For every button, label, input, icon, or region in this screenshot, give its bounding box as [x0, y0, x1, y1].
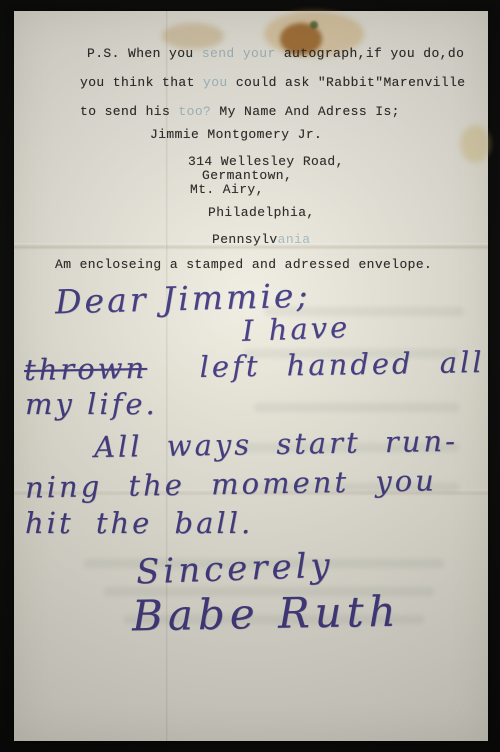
typed-text: you think that: [80, 75, 203, 90]
handwritten-line: my life.: [25, 387, 158, 421]
letter-photograph: P.S. When you send your autograph,if you…: [0, 0, 500, 752]
typed-text: P.S. When you: [87, 46, 202, 61]
typed-line-name: Jimmie Montgomery Jr.: [150, 128, 322, 142]
babe-ruth-signature: Babe Ruth: [132, 587, 401, 641]
typed-text-faded: you: [203, 75, 228, 90]
handwritten-line: thrown left handed all: [24, 345, 485, 387]
typed-text: Pennsylv: [212, 232, 278, 247]
handwritten-line: All ways start run-: [94, 424, 458, 464]
typed-text-faded: ania: [278, 232, 311, 247]
typed-text-faded: too?: [178, 104, 211, 119]
handwritten-struck-word: thrown: [24, 351, 148, 387]
handwritten-text: left handed all: [147, 345, 485, 385]
typed-line-city: Philadelphia,: [208, 206, 315, 220]
typed-text-faded: send your: [202, 46, 276, 61]
handwritten-line: hit the ball.: [25, 506, 253, 540]
typed-line-street: 314 Wellesley Road,: [188, 155, 344, 169]
typed-text: autograph,if you do,do: [276, 46, 465, 61]
typed-line-district: Germantown,: [202, 169, 292, 183]
paper-stain: [310, 21, 318, 29]
typed-text: My Name And Adress Is;: [211, 104, 400, 119]
typed-line-ps: P.S. When you send your autograph,if you…: [87, 47, 464, 61]
handwritten-line: I have: [241, 310, 350, 348]
typed-text: to send his: [80, 104, 178, 119]
typed-line-state: Pennsylvania: [212, 233, 310, 247]
handwritten-line: ning the moment you: [25, 463, 437, 504]
bleed-through-text: [254, 403, 459, 412]
typed-line: you think that you could ask "Rabbit"Mar…: [80, 76, 465, 90]
typed-line: to send his too? My Name And Adress Is;: [80, 105, 400, 119]
typed-text: could ask "Rabbit"Marenville: [228, 75, 466, 90]
paper-stain: [460, 125, 490, 163]
handwritten-closing: Sincerely: [135, 546, 334, 593]
typed-line-area: Mt. Airy,: [190, 183, 264, 197]
typed-line-enclosure: Am encloseing a stamped and adressed env…: [55, 258, 432, 272]
letter-paper: P.S. When you send your autograph,if you…: [14, 11, 488, 741]
